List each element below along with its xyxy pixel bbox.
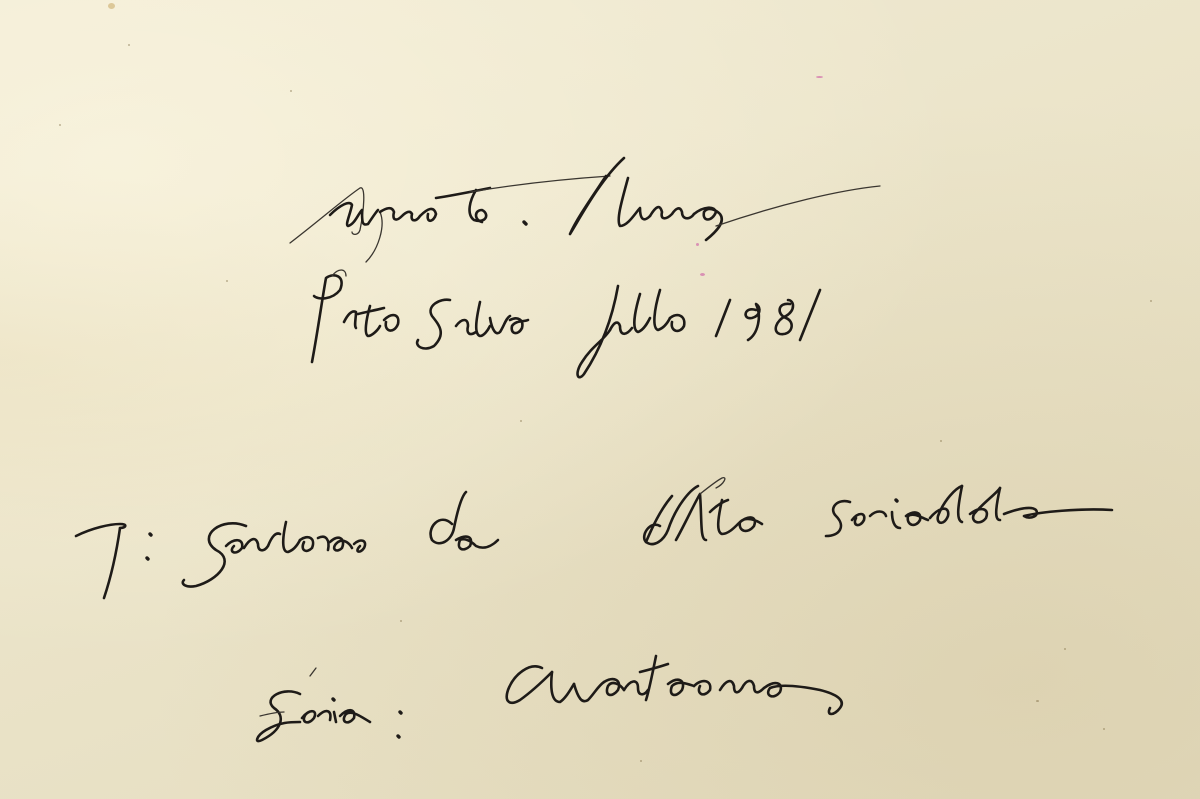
signature-strokes [290, 158, 880, 262]
handwriting [0, 0, 1200, 799]
paper-sheet: Augusto Barros Porto Salvo Julho 1981 T:… [0, 0, 1200, 799]
title-strokes [76, 478, 1112, 598]
series-strokes [257, 656, 842, 741]
place-date-strokes [312, 270, 820, 377]
